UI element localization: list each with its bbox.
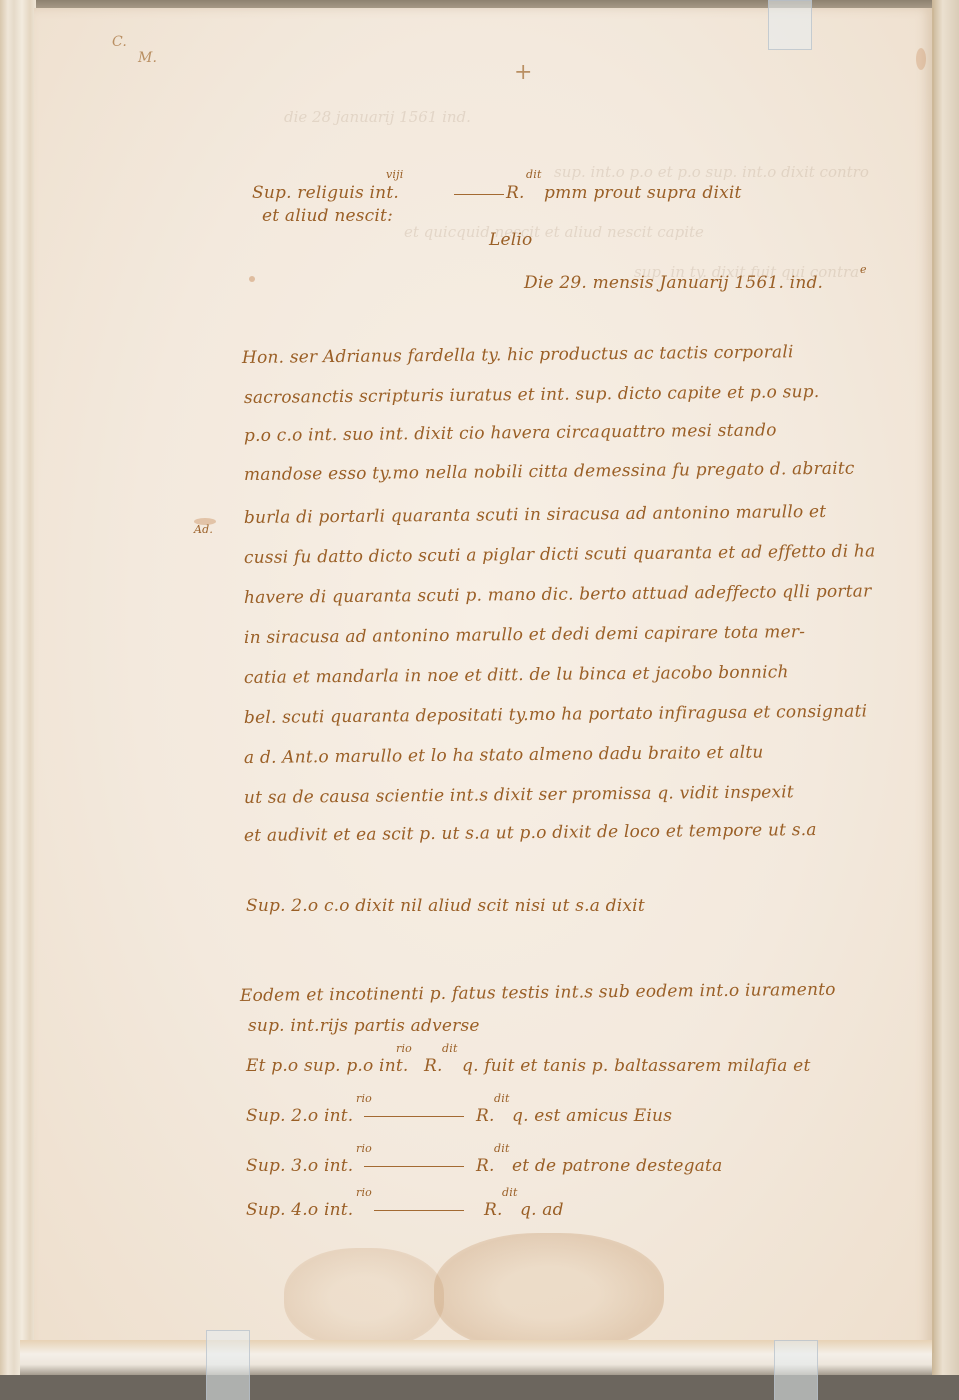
deposition-line: p.o c.o int. suo int. dixit cio havera c…	[244, 420, 777, 446]
water-stain	[434, 1233, 664, 1353]
deposition-line: catia et mandarla in noe et ditt. de lu …	[244, 662, 789, 688]
superscript: dit	[526, 168, 542, 181]
deposition-line: bel. scuti quaranta depositati ty.mo ha …	[244, 701, 867, 728]
deposition-line: et audivit et ea scit p. ut s.a ut p.o d…	[244, 820, 817, 846]
date-line: Die 29. mensis Januarij 1561. ind.	[524, 273, 823, 293]
margin-note: Ad.	[194, 523, 213, 536]
interrogatory-question: Sup. 2.o int.	[246, 1106, 353, 1126]
connector-line	[454, 194, 504, 195]
mounting-tape	[774, 1340, 818, 1400]
superscript: rio	[356, 1186, 372, 1199]
witness-intro-line: Eodem et incotinenti p. fatus testis int…	[240, 980, 836, 1006]
top-cross-mark: +	[514, 60, 533, 85]
page-stack-edge	[0, 0, 36, 1390]
superscript: dit	[494, 1142, 510, 1155]
deposition-line: in siracusa ad antonino marullo et dedi …	[244, 622, 805, 648]
interrogatory-response-abbr: R.	[424, 1056, 443, 1076]
mounting-tape	[768, 0, 812, 50]
bleed-through-text: sup. int.o p.o et p.o sup. int.o dixit c…	[554, 163, 869, 181]
interrogatory-answer: et de patrone destegata	[512, 1156, 722, 1176]
bleed-through-text: die 28 januarij 1561 ind.	[284, 108, 471, 126]
corner-mark: M.	[138, 50, 157, 66]
superscript: viji	[386, 168, 403, 181]
manuscript-page: die 28 januarij 1561 ind. sup. int.o p.o…	[34, 8, 934, 1353]
superscript: e	[860, 263, 867, 276]
interrogatory-answer: q. fuit et tanis p. baltassarem milafia …	[462, 1056, 810, 1076]
book-gutter-right	[932, 0, 959, 1400]
deposition-line: Hon. ser Adrianus fardella ty. hic produ…	[242, 342, 794, 368]
deposition-line: ut sa de causa scientie int.s dixit ser …	[244, 782, 794, 808]
superscript: rio	[356, 1142, 372, 1155]
superscript: dit	[502, 1186, 518, 1199]
ink-blot	[916, 48, 926, 70]
deposition-line: mandose esso ty.mo nella nobili citta de…	[244, 459, 855, 485]
response-text: pmm prout supra dixit	[544, 183, 742, 203]
deposition-line: havere di quaranta scuti p. mano dic. be…	[244, 581, 872, 608]
deposition-line: burla di portarli quaranta scuti in sira…	[244, 502, 826, 528]
interrogatory-answer: q. est amicus Eius	[512, 1106, 672, 1126]
mounting-tape	[206, 1330, 250, 1400]
corner-mark: C.	[112, 34, 127, 50]
witness-intro-line: sup. int.rijs partis adverse	[248, 1016, 480, 1036]
response-abbr: R.	[506, 183, 525, 203]
interrogatory-answer: q. ad	[520, 1200, 564, 1220]
deposition-line: sacrosanctis scripturis iuratus et int. …	[244, 382, 820, 408]
interrogatory-response-abbr: R.	[476, 1106, 495, 1126]
interrogatory-response-abbr: R.	[476, 1156, 495, 1176]
superscript: dit	[442, 1042, 458, 1055]
water-stain	[284, 1248, 444, 1348]
question-2-line: Sup. 2.o c.o dixit nil aliud scit nisi u…	[246, 896, 645, 916]
superscript: rio	[356, 1092, 372, 1105]
bleed-through-text: et quicquid nescit et aliud nescit capit…	[404, 223, 704, 241]
connector-line	[364, 1116, 464, 1117]
deposition-line: a d. Ant.o marullo et lo ha stato almeno…	[244, 743, 764, 768]
interrogatory-question: Sup. 4.o int.	[246, 1200, 353, 1220]
connector-line	[364, 1166, 464, 1167]
ink-blot	[249, 276, 255, 282]
answer-question-2: et aliud nescit:	[262, 206, 393, 226]
answer-question-1: Sup. religuis int.	[252, 183, 399, 203]
interrogatory-question: Et p.o sup. p.o int.	[246, 1056, 408, 1076]
interrogatory-question: Sup. 3.o int.	[246, 1156, 353, 1176]
superscript: dit	[494, 1092, 510, 1105]
superscript: rio	[396, 1042, 412, 1055]
deposition-line: cussi fu datto dicto scuti a piglar dict…	[244, 541, 876, 568]
interrogatory-response-abbr: R.	[484, 1200, 503, 1220]
connector-line	[374, 1210, 464, 1211]
signature: Lelio	[489, 230, 532, 250]
